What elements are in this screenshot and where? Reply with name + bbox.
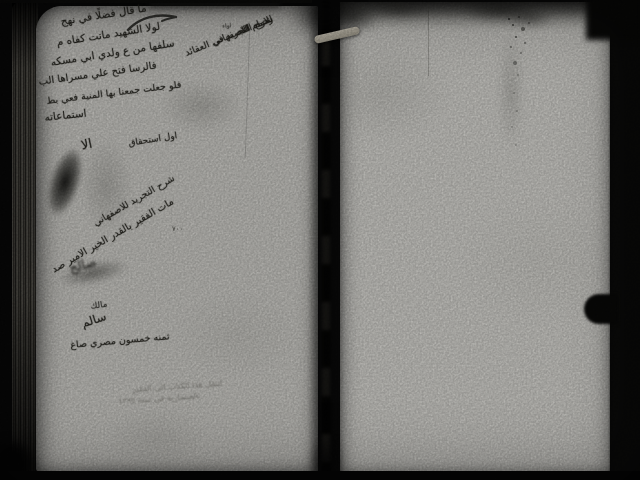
- clasp-shadow: [584, 294, 618, 324]
- top-right-black-corner: [586, 0, 640, 40]
- right-edge-black-band: [608, 0, 640, 480]
- scratch-line: [428, 4, 429, 76]
- ink-specks: [508, 18, 510, 20]
- flourish-mark: [124, 8, 180, 38]
- soot-blob: [505, 8, 555, 28]
- page-edge-striations: [12, 2, 38, 476]
- bottom-edge-band: [0, 471, 640, 480]
- manuscript-photo: ما قال فضلًا في نهج لولا الشهيد ماتت كفا…: [0, 0, 640, 480]
- gutter-crease: [322, 0, 330, 480]
- ink-dribble-stain: [498, 30, 524, 150]
- tiny-marks: ٧٠٠: [172, 226, 183, 234]
- top-edge-line: [0, 0, 312, 3]
- page-edge-shading: [12, 2, 38, 476]
- right-page: [340, 2, 610, 472]
